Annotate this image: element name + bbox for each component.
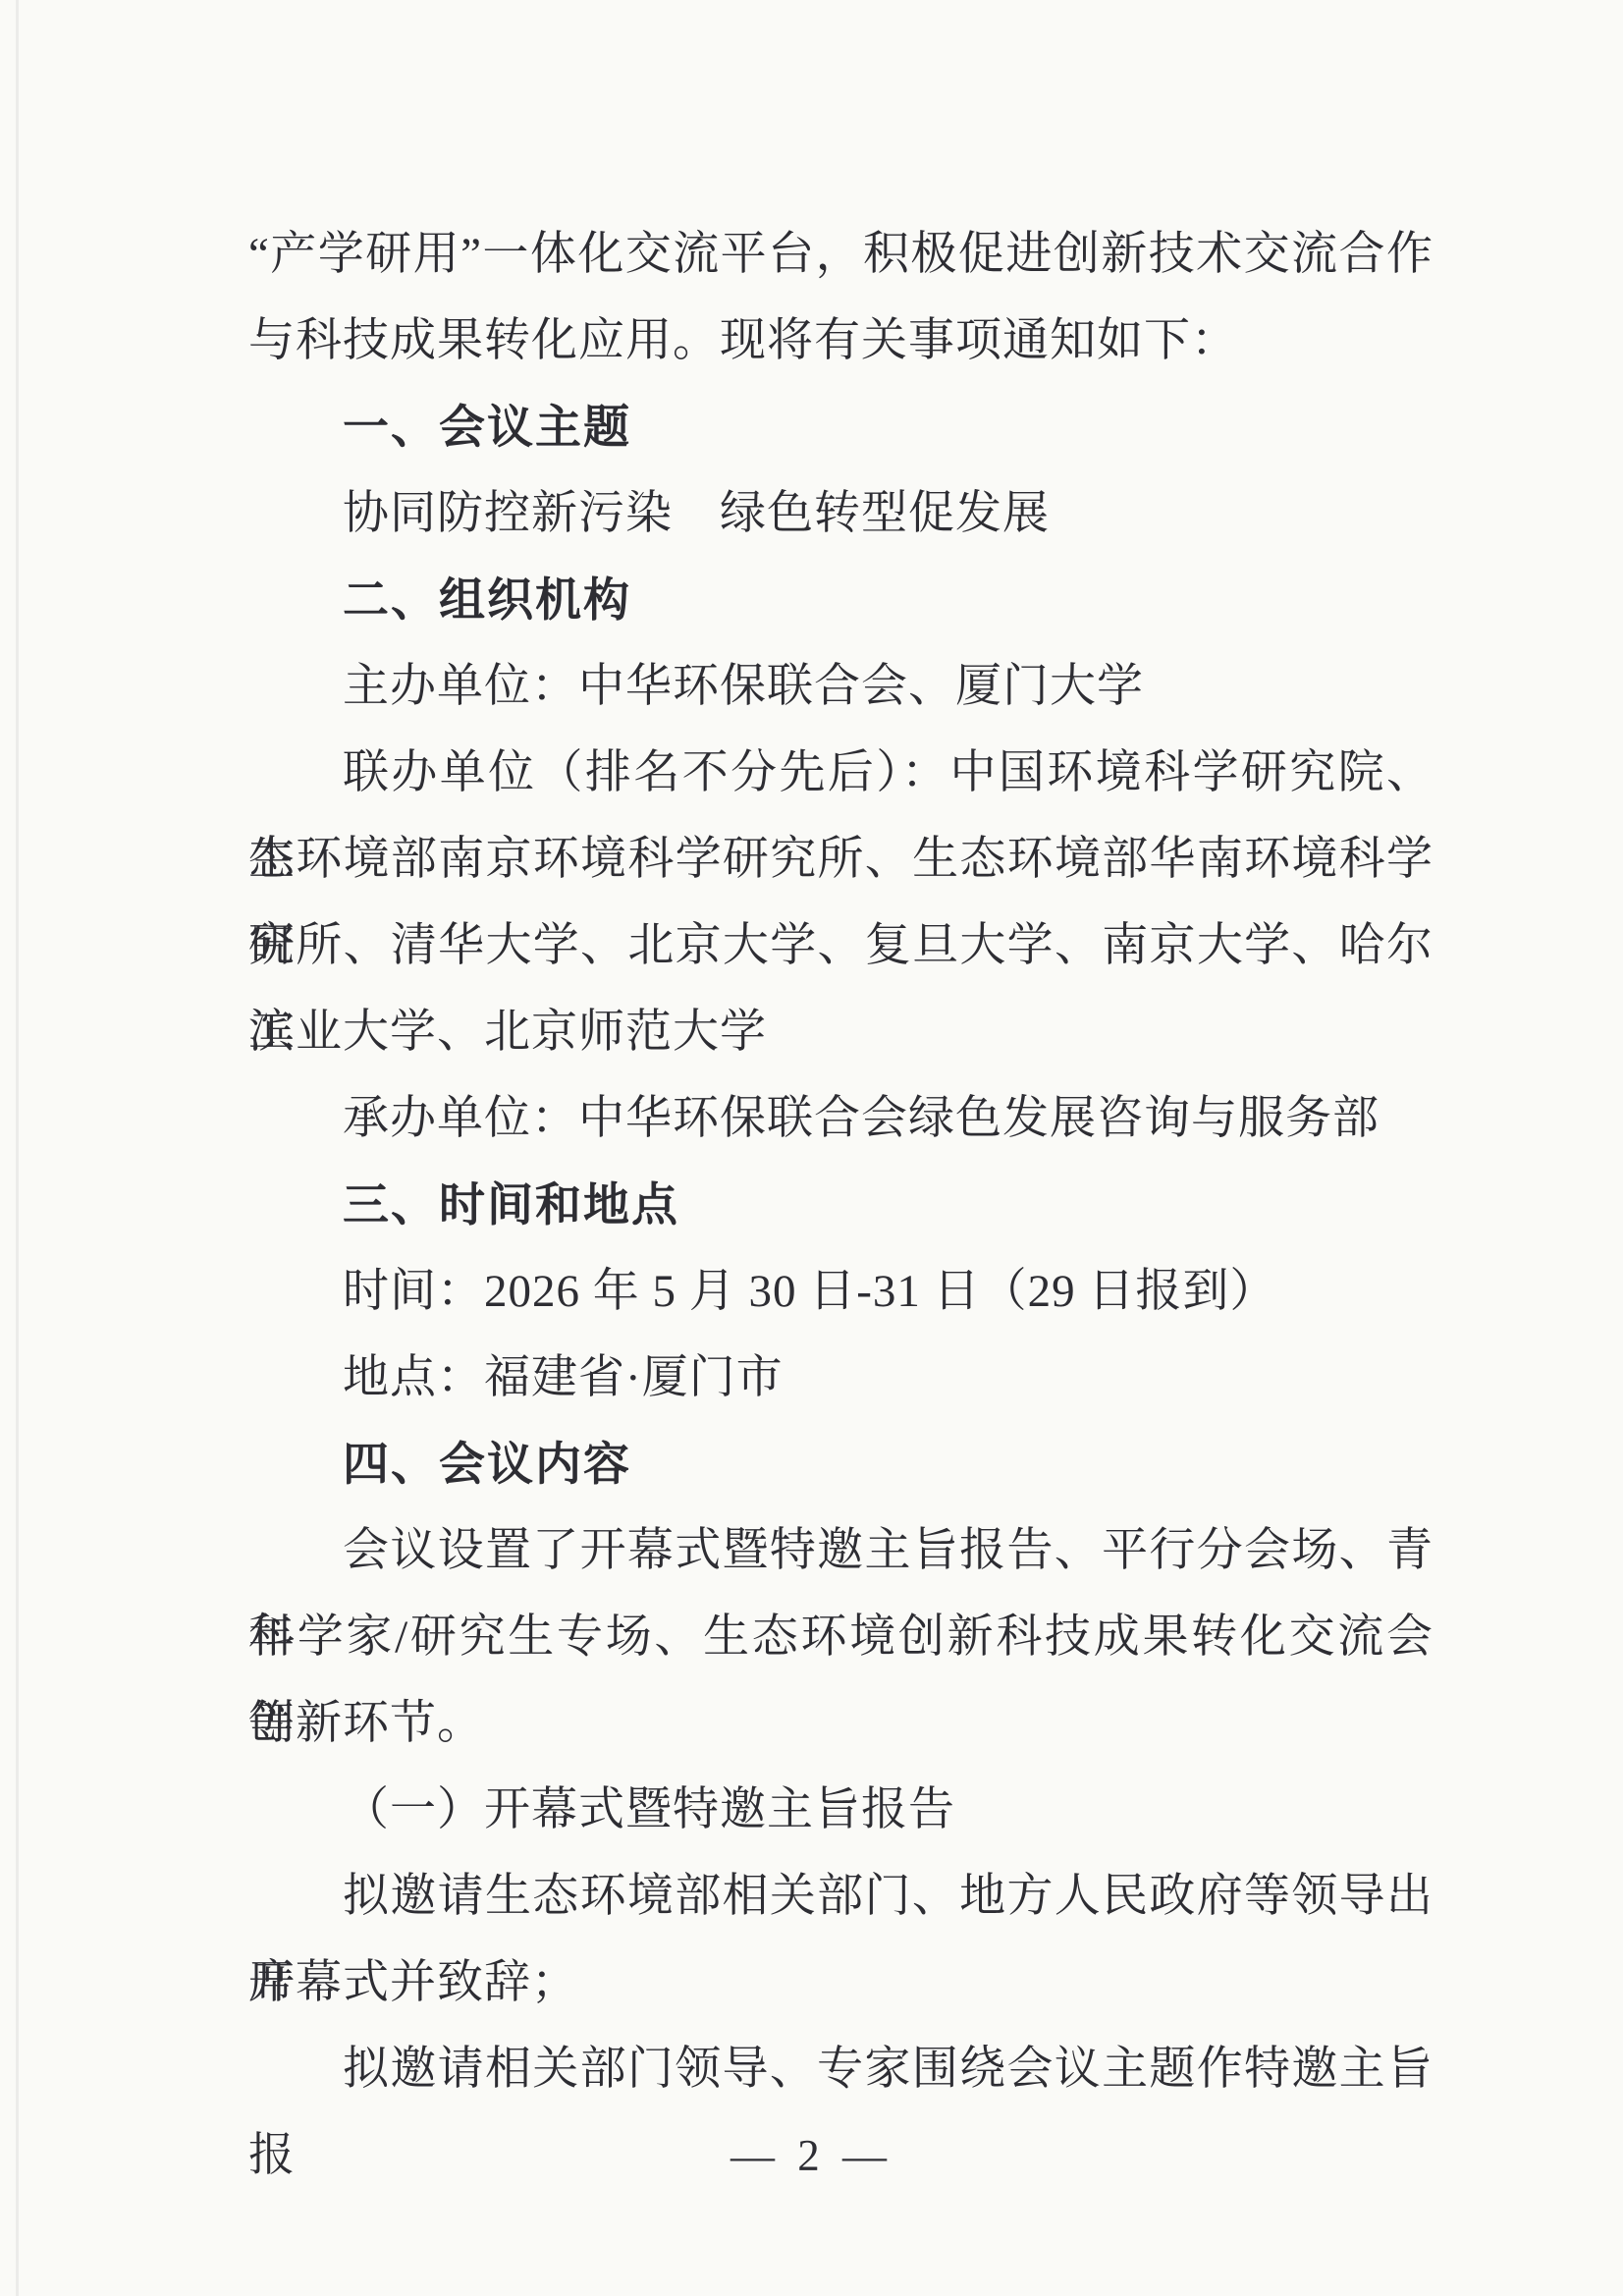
document-page: “产学研用”一体化交流平台，积极促进创新技术交流合作与科技成果转化应用。现将有关… xyxy=(0,0,1623,2296)
text-line: 主办单位：中华环保联合会、厦门大学 xyxy=(248,643,1434,730)
text-line: 开幕式并致辞； xyxy=(248,1940,1434,2026)
text-line: 科学家/研究生专场、生态环境创新科技成果转化交流会等 xyxy=(248,1594,1434,1680)
text-line: 时间：2026 年 5 月 30 日-31 日（29 日报到） xyxy=(248,1248,1434,1335)
document-body: “产学研用”一体化交流平台，积极促进创新技术交流合作与科技成果转化应用。现将有关… xyxy=(248,211,1434,2112)
text-line: 工业大学、北京师范大学 xyxy=(248,989,1434,1075)
text-line: 承办单位：中华环保联合会绿色发展咨询与服务部 xyxy=(248,1075,1434,1162)
text-line: 会议设置了开幕式暨特邀主旨报告、平行分会场、青年 xyxy=(248,1507,1434,1594)
text-line: 一、会议主题 xyxy=(248,384,1434,470)
text-line: 二、组织机构 xyxy=(248,557,1434,643)
text-line: （一）开幕式暨特邀主旨报告 xyxy=(248,1767,1434,1853)
text-line: 与科技成果转化应用。现将有关事项通知如下： xyxy=(248,298,1434,384)
text-line: 地点：福建省·厦门市 xyxy=(248,1335,1434,1421)
scan-edge-artifact xyxy=(16,0,19,2296)
text-line: 拟邀请相关部门领导、专家围绕会议主题作特邀主旨报 xyxy=(248,2026,1434,2112)
text-line: 四、会议内容 xyxy=(248,1421,1434,1507)
page-number: — 2 — xyxy=(0,2116,1623,2195)
text-line: 联办单位（排名不分先后）：中国环境科学研究院、生 xyxy=(248,730,1434,816)
text-line: 协同防控新污染 绿色转型促发展 xyxy=(248,470,1434,557)
text-line: 究所、清华大学、北京大学、复旦大学、南京大学、哈尔滨 xyxy=(248,902,1434,989)
text-line: 三、时间和地点 xyxy=(248,1162,1434,1248)
text-line: “产学研用”一体化交流平台，积极促进创新技术交流合作 xyxy=(248,211,1434,298)
text-line: 拟邀请生态环境部相关部门、地方人民政府等领导出席 xyxy=(248,1853,1434,1940)
text-line: 创新环节。 xyxy=(248,1680,1434,1767)
text-line: 态环境部南京环境科学研究所、生态环境部华南环境科学研 xyxy=(248,816,1434,902)
